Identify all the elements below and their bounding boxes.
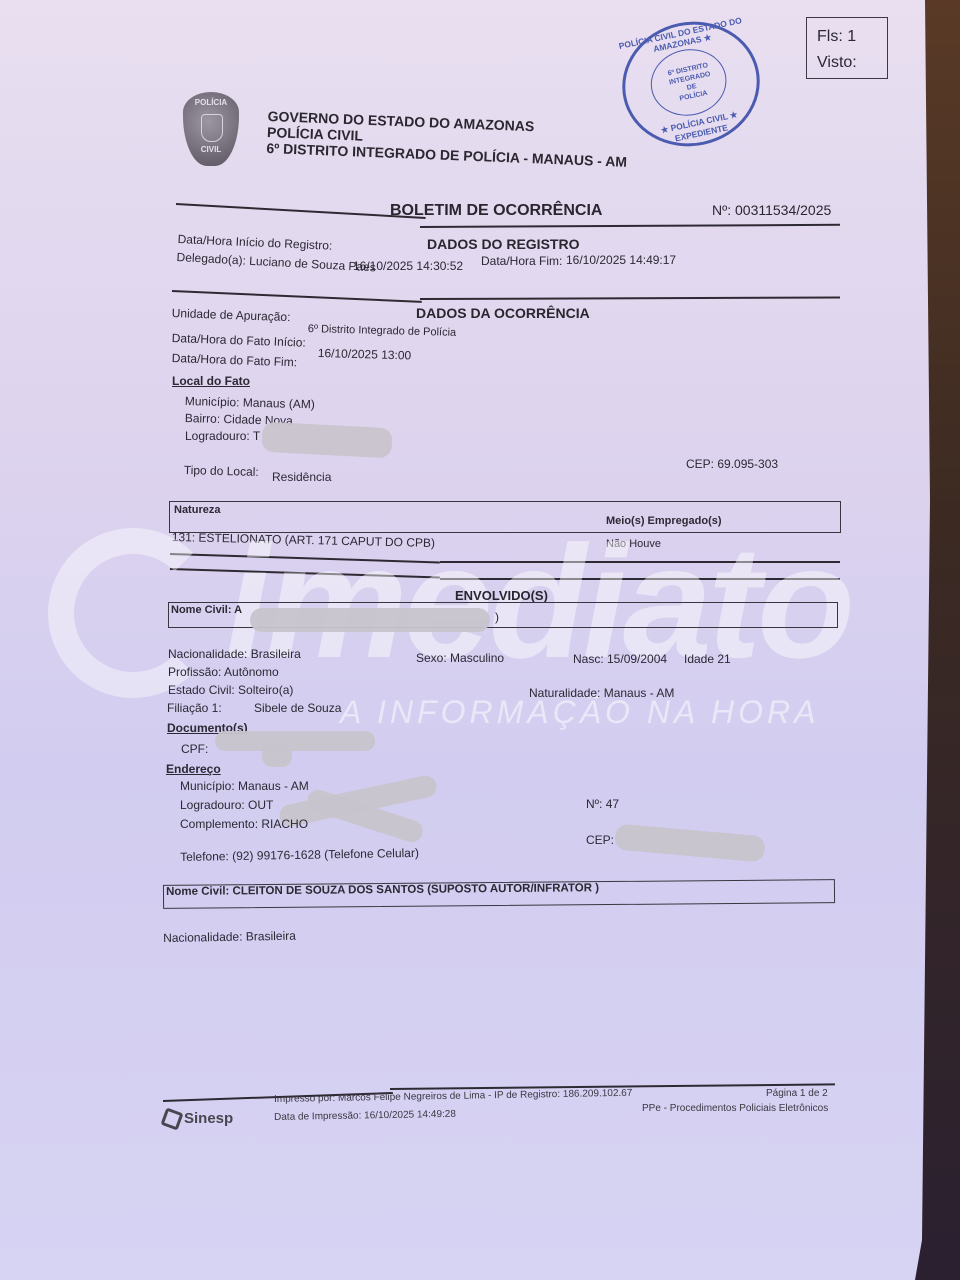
registro-inicio-label: Data/Hora Início do Registro: <box>177 232 332 253</box>
vitima-cpf: CPF: <box>181 742 208 756</box>
delegado: Delegado(a): Luciano de Souza Paes <box>176 250 376 274</box>
org-header: GOVERNO DO ESTADO DO AMAZONAS POLÍCIA CI… <box>266 108 628 170</box>
divider <box>172 290 422 303</box>
badge-top-text: POLÍCIA <box>183 98 239 107</box>
section-heading-ocorrencia: DADOS DA OCORRÊNCIA <box>416 305 590 321</box>
redaction-mark <box>261 422 392 459</box>
meio-value: Não Houve <box>606 538 661 550</box>
divider <box>170 568 440 578</box>
section-heading-registro: DADOS DO REGISTRO <box>427 236 579 252</box>
document-number: Nº: 00311534/2025 <box>712 202 831 218</box>
vitima-telefone: Telefone: (92) 99176-1628 (Telefone Celu… <box>180 846 419 864</box>
vitima-estado-civil: Estado Civil: Solteiro(a) <box>168 683 293 697</box>
fls-label: Fls: 1 <box>817 28 856 46</box>
tipo-local-label: Tipo do Local: <box>184 463 259 479</box>
meio-heading: Meio(s) Empregado(s) <box>606 515 722 527</box>
fato-fim-label: Data/Hora do Fato Fim: <box>172 351 298 369</box>
footer-impresso: Impresso por: Marcos Felipe Negreiros de… <box>274 1088 632 1105</box>
unidade-label: Unidade de Apuração: <box>172 306 291 324</box>
redaction-mark <box>250 608 490 632</box>
endereco-numero: Nº: 47 <box>586 797 619 811</box>
local-heading: Local do Fato <box>172 374 250 388</box>
vitima-idade: Idade 21 <box>684 652 731 666</box>
natureza-box <box>169 501 841 533</box>
fls-box: Fls: 1 Visto: <box>806 17 888 79</box>
sinesp-logo-icon <box>160 1107 183 1130</box>
redaction-mark <box>215 731 375 751</box>
divider <box>176 203 426 219</box>
vitima-nome-tail: ) <box>495 610 499 624</box>
endereco-complemento: Complemento: RIACHO <box>180 817 308 831</box>
tipo-local-value: Residência <box>272 470 331 484</box>
divider <box>440 561 840 563</box>
fato-inicio-label: Data/Hora do Fato Início: <box>172 331 306 350</box>
divider <box>440 578 840 580</box>
endereco-cep: CEP: <box>586 833 614 847</box>
natureza-heading: Natureza <box>174 504 220 516</box>
local-municipio: Município: Manaus (AM) <box>185 394 315 411</box>
redaction-mark <box>262 745 292 767</box>
vitima-profissao: Profissão: Autônomo <box>168 665 279 679</box>
badge-bottom-text: CIVIL <box>183 145 239 154</box>
footer-pagina: Página 1 de 2 <box>766 1088 828 1099</box>
footer-data-impressao: Data de Impressão: 16/10/2025 14:49:28 <box>274 1109 456 1123</box>
footer-sistema: PPe - Procedimentos Policiais Eletrônico… <box>642 1103 828 1114</box>
registro-fim-value: 16/10/2025 14:49:17 <box>566 253 676 267</box>
unidade-value: 6º Distrito Integrado de Polícia <box>308 323 457 339</box>
divider <box>420 297 840 300</box>
coat-of-arms-icon <box>201 114 223 142</box>
vitima-nome: Nome Civil: A <box>171 604 242 616</box>
sinesp-logo-text: Sinesp <box>184 1110 233 1127</box>
sinesp-logo: Sinesp <box>163 1110 233 1128</box>
vitima-filiacao-label: Filiação 1: <box>167 701 222 715</box>
divider <box>170 553 440 563</box>
vitima-nacionalidade: Nacionalidade: Brasileira <box>168 647 301 661</box>
vitima-filiacao-value: Sibele de Souza <box>254 701 341 715</box>
document-page: POLÍCIA CIVIL GOVERNO DO ESTADO DO AMAZO… <box>0 0 932 1280</box>
divider <box>420 224 840 228</box>
registro-fim-label: Data/Hora Fim: <box>481 254 562 268</box>
vitima-naturalidade: Naturalidade: Manaus - AM <box>529 686 674 700</box>
local-logradouro: Logradouro: T <box>185 429 260 443</box>
document-title: BOLETIM DE OCORRÊNCIA <box>390 202 602 220</box>
vitima-nasc: Nasc: 15/09/2004 <box>573 652 667 666</box>
redaction-mark <box>614 824 766 863</box>
endereco-logradouro: Logradouro: OUT <box>180 798 273 812</box>
endereco-municipio: Município: Manaus - AM <box>180 779 309 793</box>
police-badge-icon: POLÍCIA CIVIL <box>183 92 239 166</box>
official-stamp: POLÍCIA CIVIL DO ESTADO DO AMAZONAS ★ 6º… <box>611 9 772 159</box>
fato-inicio-value: 16/10/2025 13:00 <box>318 346 412 362</box>
endereco-heading: Endereço <box>166 762 221 776</box>
visto-label: Visto: <box>817 54 857 72</box>
local-cep: CEP: 69.095-303 <box>686 457 778 471</box>
autor-nacionalidade: Nacionalidade: Brasileira <box>163 929 296 945</box>
section-heading-envolvidos: ENVOLVIDO(S) <box>455 588 548 603</box>
vitima-sexo: Sexo: Masculino <box>416 651 504 665</box>
